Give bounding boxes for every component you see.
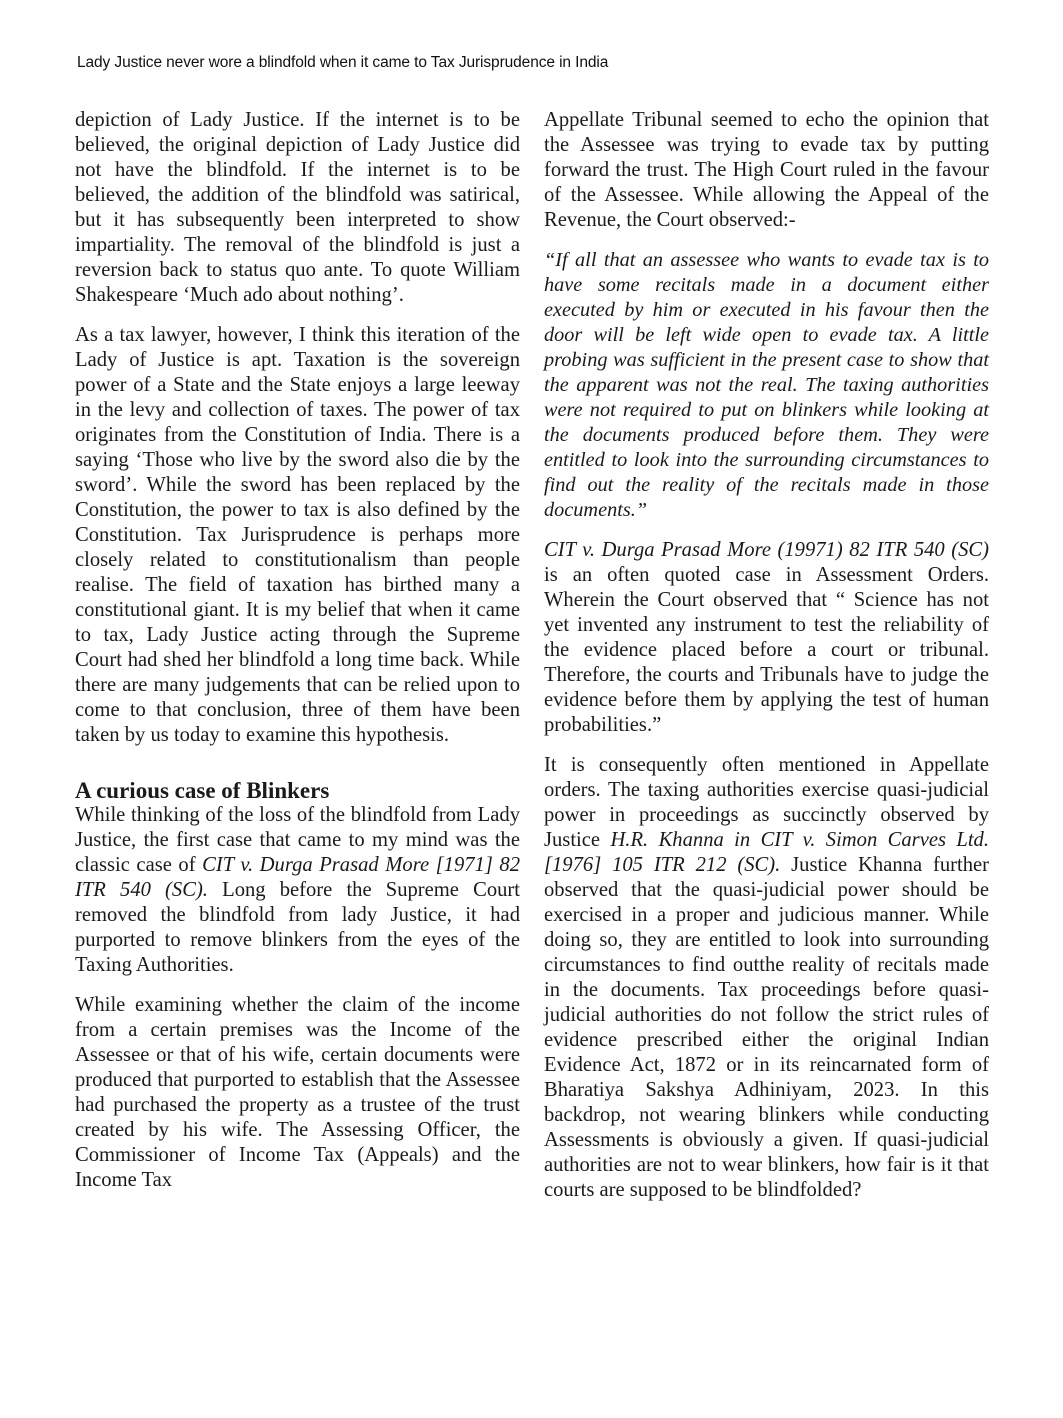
paragraph-text: Justice Khanna further observed that the… xyxy=(544,854,989,1201)
paragraph: While thinking of the loss of the blindf… xyxy=(75,803,520,978)
paragraph: While examining whether the claim of the… xyxy=(75,993,520,1193)
paragraph: Appellate Tribunal seemed to echo the op… xyxy=(544,108,989,233)
right-column: Appellate Tribunal seemed to echo the op… xyxy=(544,108,989,1218)
left-column: depiction of Lady Justice. If the intern… xyxy=(75,108,520,1208)
case-citation: CIT v. Durga Prasad More (19971) 82 ITR … xyxy=(544,539,989,561)
section-heading: A curious case of Blinkers xyxy=(75,778,520,803)
paragraph: depiction of Lady Justice. If the intern… xyxy=(75,108,520,308)
paragraph: It is consequently often mentioned in Ap… xyxy=(544,753,989,1203)
running-header: Lady Justice never wore a blindfold when… xyxy=(77,54,608,72)
paragraph: As a tax lawyer, however, I think this i… xyxy=(75,323,520,748)
paragraph: CIT v. Durga Prasad More (19971) 82 ITR … xyxy=(544,538,989,738)
paragraph-text: is an often quoted case in Assessment Or… xyxy=(544,564,989,736)
block-quote: “If all that an assessee who wants to ev… xyxy=(544,248,989,523)
